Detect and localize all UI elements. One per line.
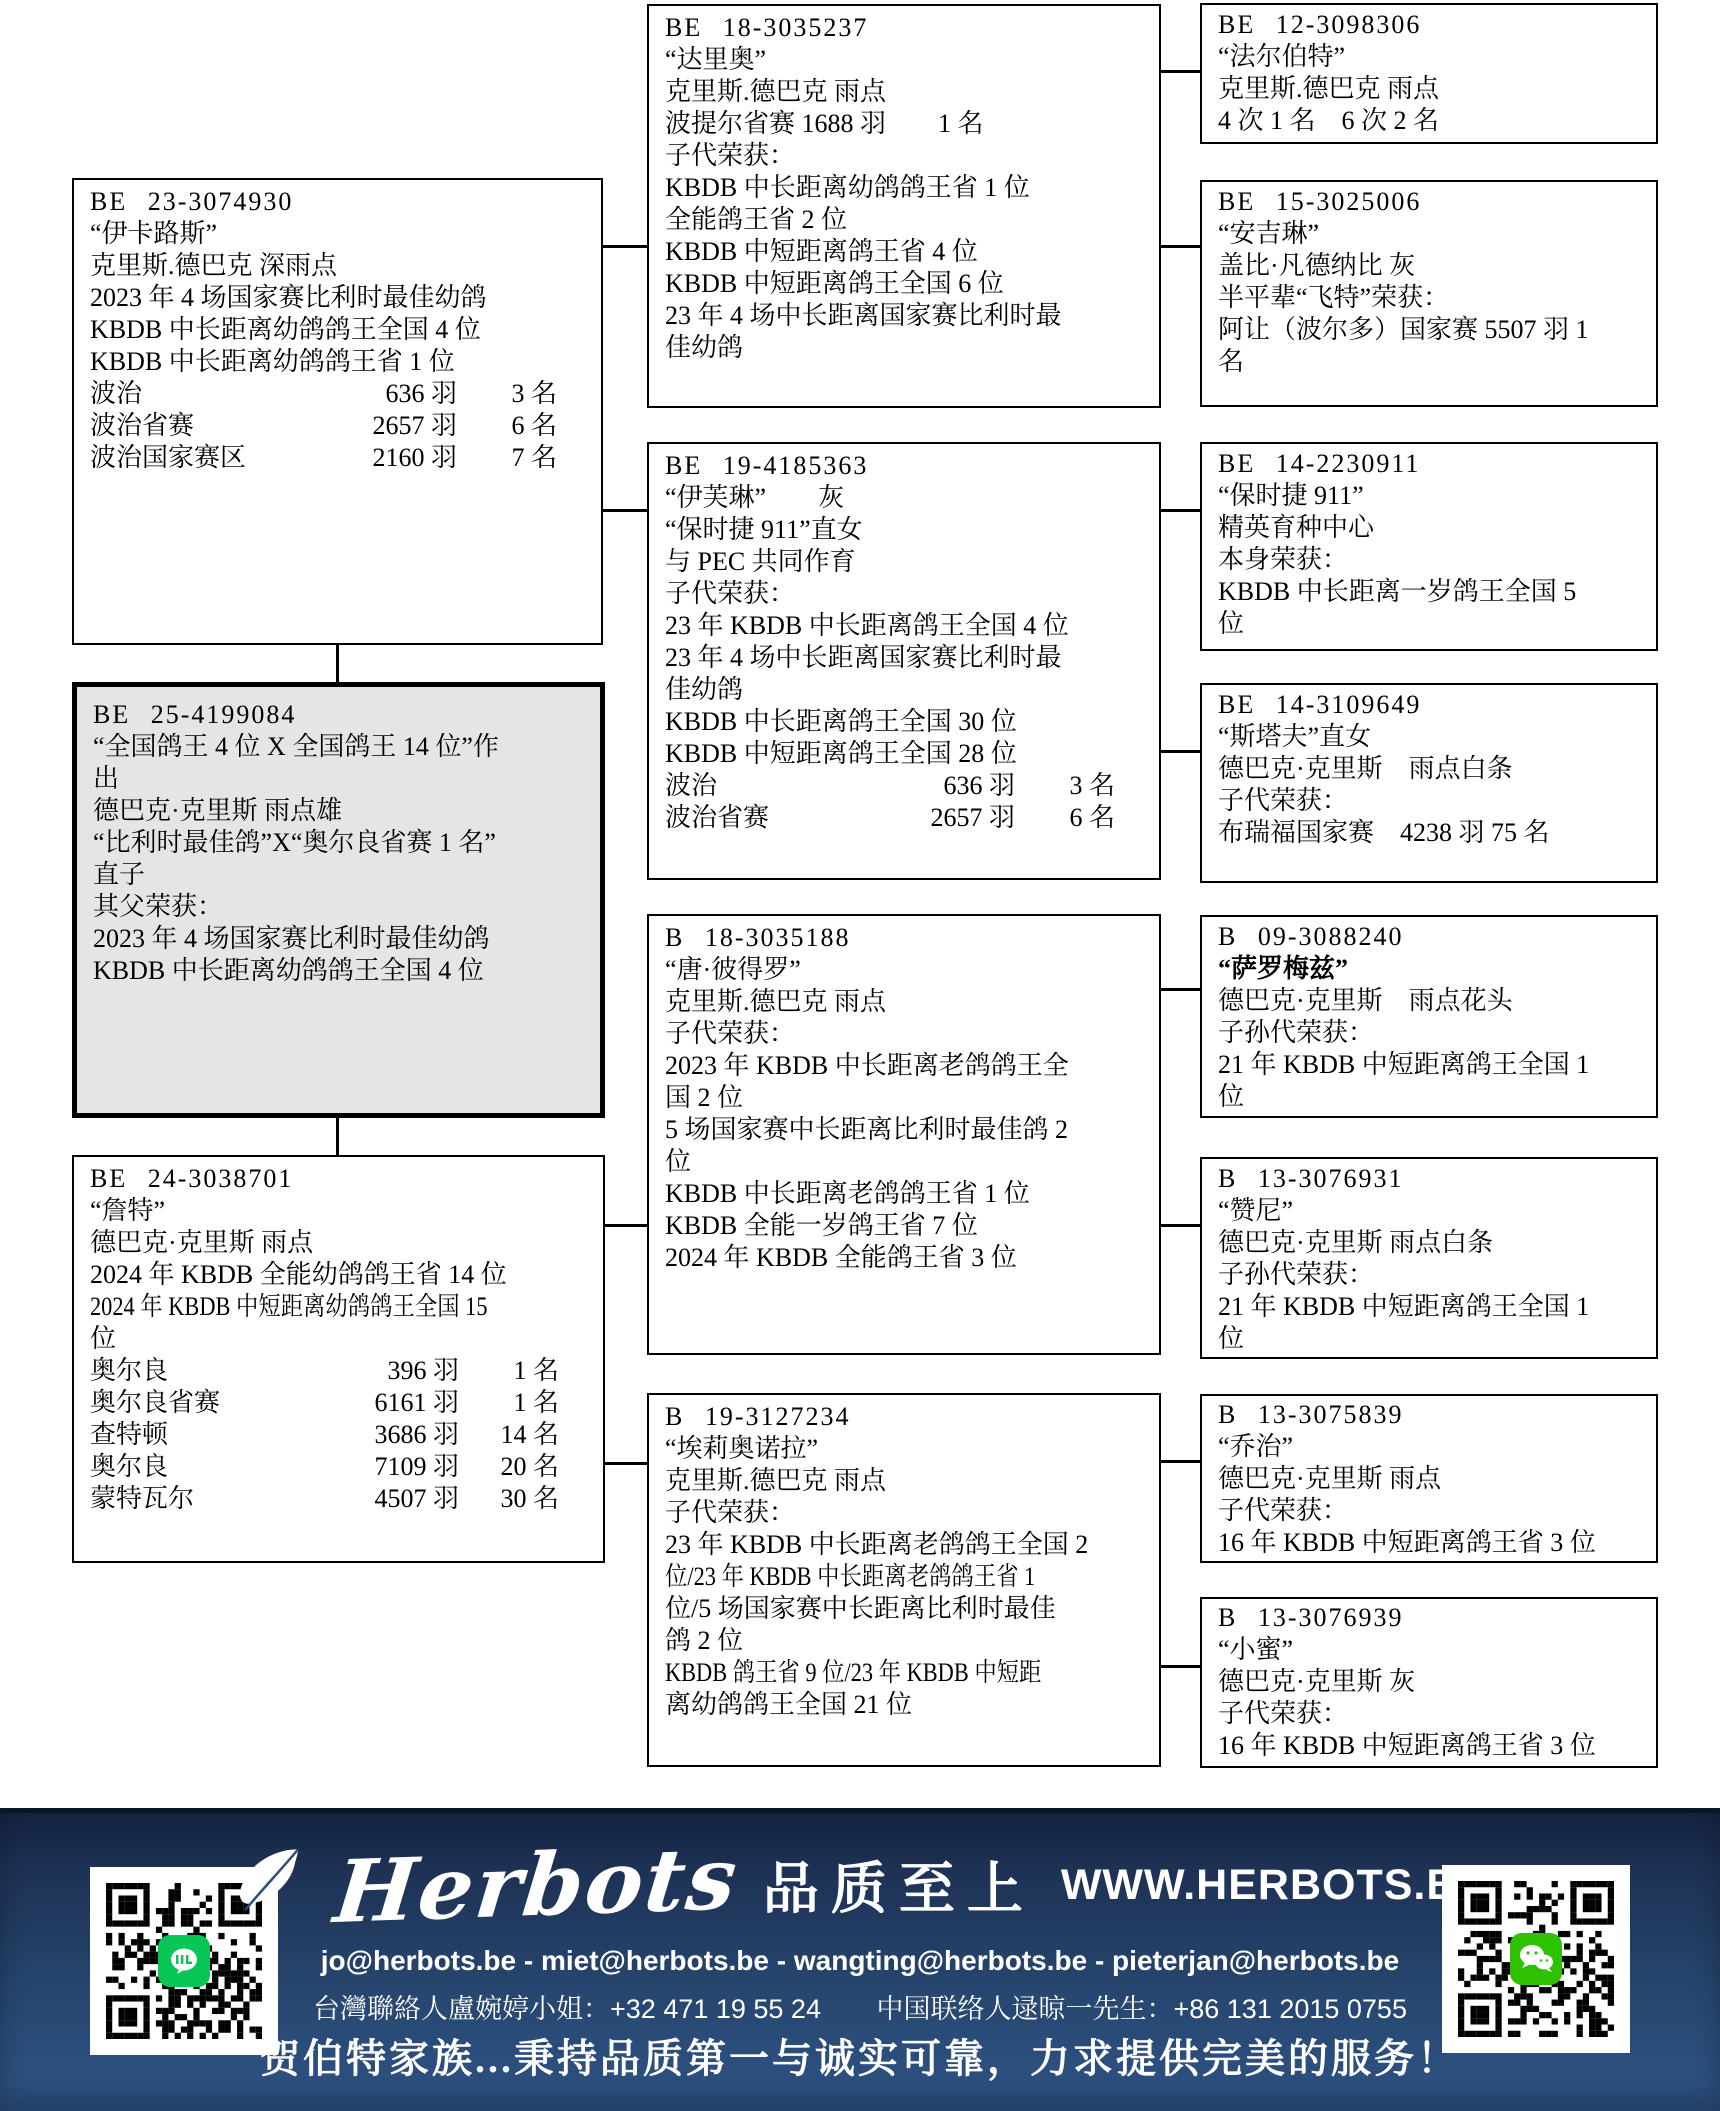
pedigree-line: 23 年 KBDB 中长距离鸽王全国 4 位 xyxy=(665,610,1149,642)
race-name: 蒙特瓦尔 xyxy=(90,1483,194,1515)
brand-row: Herbots 品质至上 WWW.HERBOTS.BE xyxy=(290,1833,1430,1937)
ring-number: B 18-3035188 xyxy=(665,922,1149,954)
race-name: 奥尔良 xyxy=(90,1355,168,1387)
pedigree-line: 离幼鸽鸽王全国 21 位 xyxy=(665,1689,1149,1721)
wechat-icon xyxy=(1510,1933,1562,1985)
pedigree-line: 直子 xyxy=(93,859,590,891)
pedigree-line: “比利时最佳鸽”X“奥尔良省赛 1 名” xyxy=(93,827,590,859)
ring-number: BE 18-3035237 xyxy=(665,12,1149,44)
pedigree-line: “埃莉奥诺拉” xyxy=(665,1433,1149,1465)
china-contact: 中国联络人逯晾一先生：+86 131 2015 0755 xyxy=(876,1994,1406,2024)
footer-banner: Herbots 品质至上 WWW.HERBOTS.BE jo@herbots.b… xyxy=(0,1808,1720,2111)
connector-line xyxy=(601,509,647,512)
pedigree-box-ggp2: BE 15-3025006 “安吉琳” 盖比·凡德纳比 灰 半平辈“飞特”荣获：… xyxy=(1200,180,1658,407)
pedigree-line: “安吉琳” xyxy=(1218,218,1646,250)
connector-line xyxy=(1159,988,1200,991)
pedigree-line: 名 xyxy=(1218,346,1646,378)
pedigree-line: KBDB 中长距离幼鸽鸽王全国 4 位 xyxy=(93,955,590,987)
pedigree-line: 21 年 KBDB 中短距离鸽王全国 1 xyxy=(1218,1049,1646,1081)
pedigree-line: 位 xyxy=(1218,1081,1646,1113)
ring-number: BE 14-3109649 xyxy=(1218,689,1646,721)
connector-line xyxy=(603,1462,647,1465)
pedigree-line: 德巴克·克里斯 雨点白条 xyxy=(1218,753,1646,785)
pedigree-box-ggp5: B 09-3088240 “萨罗梅兹” 德巴克·克里斯 雨点花头 子孙代荣获： … xyxy=(1200,915,1658,1118)
pedigree-line: 布瑞福国家赛 4238 羽 75 名 xyxy=(1218,817,1646,849)
pedigree-box-ggp4: BE 14-3109649 “斯塔夫”直女 德巴克·克里斯 雨点白条 子代荣获：… xyxy=(1200,683,1658,883)
pedigree-box-dam: BE 24-3038701 “詹特” 德巴克·克里斯 雨点 2024 年 KBD… xyxy=(72,1155,605,1563)
pedigree-line: 16 年 KBDB 中短距离鸽王省 3 位 xyxy=(1218,1730,1646,1762)
pedigree-line: “保时捷 911” xyxy=(1218,480,1646,512)
ring-number: B 19-3127234 xyxy=(665,1401,1149,1433)
race-name: 波治 xyxy=(90,378,142,410)
pedigree-line: 子代荣获： xyxy=(1218,1495,1646,1527)
race-result-row: 波治国家赛区 2160 羽 7 名 xyxy=(90,442,591,474)
pedigree-line: “全国鸽王 4 位 X 全国鸽王 14 位”作 xyxy=(93,731,590,763)
pedigree-line: 子代荣获： xyxy=(665,1497,1149,1529)
pedigree-line: 子代荣获： xyxy=(1218,1698,1646,1730)
race-rank: 3 名 xyxy=(457,378,557,410)
pedigree-box-gp3: B 18-3035188 “唐·彼得罗” 克里斯.德巴克 雨点 子代荣获： 20… xyxy=(647,914,1161,1355)
connector-line xyxy=(336,645,339,684)
pedigree-line: 德巴克·克里斯 灰 xyxy=(1218,1666,1646,1698)
connector-line xyxy=(1159,509,1200,512)
pedigree-line: 克里斯.德巴克 雨点 xyxy=(665,76,1149,108)
pedigree-line: “伊芙琳” 灰 xyxy=(665,482,1149,514)
pedigree-line: KBDB 中长距离鸽王全国 30 位 xyxy=(665,706,1149,738)
pedigree-line: 2023 年 KBDB 中长距离老鸽鸽王全 xyxy=(665,1050,1149,1082)
connector-line xyxy=(603,1224,647,1227)
pedigree-box-ggp3: BE 14-2230911 “保时捷 911” 精英育种中心 本身荣获： KBD… xyxy=(1200,442,1658,651)
race-name: 奥尔良省赛 xyxy=(90,1387,220,1419)
race-result-row: 奥尔良 7109 羽 20 名 xyxy=(90,1451,593,1483)
pedigree-line: KBDB 中短距离鸽王全国 28 位 xyxy=(665,738,1149,770)
pedigree-line: “法尔伯特” xyxy=(1218,41,1646,73)
race-name: 波治省赛 xyxy=(90,410,194,442)
connector-line xyxy=(1159,1460,1200,1463)
pedigree-line: 克里斯.德巴克 雨点 xyxy=(665,1465,1149,1497)
pedigree-line: 子代荣获： xyxy=(1218,785,1646,817)
pedigree-line: 国 2 位 xyxy=(665,1082,1149,1114)
race-birds: 2160 羽 xyxy=(307,442,457,474)
brand-tagline: 品质至上 xyxy=(763,1845,1035,1925)
pedigree-line: 2024 年 KBDB 中短距离幼鸽鸽王全国 15 xyxy=(90,1291,523,1323)
connector-line xyxy=(1159,1665,1200,1668)
pedigree-line: “保时捷 911”直女 xyxy=(665,514,1149,546)
race-rank: 7 名 xyxy=(457,442,557,474)
pedigree-line: KBDB 中长距离幼鸽鸽王全国 4 位 xyxy=(90,314,591,346)
race-birds: 2657 羽 xyxy=(307,410,457,442)
pedigree-box-gp1: BE 18-3035237 “达里奥” 克里斯.德巴克 雨点 波提尔省赛 168… xyxy=(647,4,1161,408)
race-result-row: 奥尔良省赛 6161 羽 1 名 xyxy=(90,1387,593,1419)
pedigree-line: “达里奥” xyxy=(665,44,1149,76)
pedigree-box-gp4: B 19-3127234 “埃莉奥诺拉” 克里斯.德巴克 雨点 子代荣获： 23… xyxy=(647,1393,1161,1767)
pedigree-line: KBDB 中长距离一岁鸽王全国 5 xyxy=(1218,576,1646,608)
pedigree-line: 位 xyxy=(1218,1323,1646,1355)
ring-number: BE 24-3038701 xyxy=(90,1163,593,1195)
pedigree-line: “唐·彼得罗” xyxy=(665,954,1149,986)
pedigree-box-subject: BE 25-4199084 “全国鸽王 4 位 X 全国鸽王 14 位”作 出 … xyxy=(72,682,605,1118)
pedigree-line: 盖比·凡德纳比 灰 xyxy=(1218,250,1646,282)
race-birds: 7109 羽 xyxy=(309,1451,459,1483)
pedigree-line: 与 PEC 共同作育 xyxy=(665,546,1149,578)
pedigree-line: “萨罗梅兹” xyxy=(1218,953,1646,985)
pedigree-box-ggp7: B 13-3075839 “乔治” 德巴克·克里斯 雨点 子代荣获： 16 年 … xyxy=(1200,1394,1658,1563)
race-name: 奥尔良 xyxy=(90,1451,168,1483)
pedigree-line: 子代荣获： xyxy=(665,140,1149,172)
pedigree-line: KBDB 中长距离幼鸽鸽王省 1 位 xyxy=(90,346,591,378)
connector-line xyxy=(1159,1224,1200,1227)
pedigree-line: 子代荣获： xyxy=(665,1018,1149,1050)
wechat-qr-code xyxy=(1442,1865,1630,2053)
ring-number: B 13-3075839 xyxy=(1218,1399,1646,1431)
connector-line xyxy=(336,1116,339,1157)
ring-number: B 09-3088240 xyxy=(1218,921,1646,953)
pedigree-line: 2024 年 KBDB 全能鸽王省 3 位 xyxy=(665,1242,1149,1274)
pedigree-line: 位 xyxy=(90,1323,593,1355)
race-rank: 1 名 xyxy=(459,1387,559,1419)
race-rank: 30 名 xyxy=(459,1483,559,1515)
pedigree-line: 其父荣获： xyxy=(93,891,590,923)
ring-number: B 13-3076939 xyxy=(1218,1602,1646,1634)
pedigree-line: 佳幼鸽 xyxy=(665,332,1149,364)
race-birds: 636 羽 xyxy=(307,378,457,410)
pedigree-page: BE 23-3074930 “伊卡路斯” 克里斯.德巴克 深雨点 2023 年 … xyxy=(0,0,1720,2111)
race-result-row: 波治省赛 2657 羽 6 名 xyxy=(90,410,591,442)
herbots-logo: Herbots xyxy=(330,1828,743,1943)
pedigree-line: 23 年 4 场中长距离国家赛比利时最 xyxy=(665,642,1149,674)
feather-icon xyxy=(225,1842,317,1928)
race-name: 查特顿 xyxy=(90,1419,168,1451)
race-name: 波治 xyxy=(665,770,717,802)
pedigree-line: 克里斯.德巴克 深雨点 xyxy=(90,250,591,282)
pedigree-line: KBDB 中短距离鸽王省 4 位 xyxy=(665,236,1149,268)
pedigree-line: “伊卡路斯” xyxy=(90,218,591,250)
pedigree-line: 克里斯.德巴克 雨点 xyxy=(1218,73,1646,105)
pedigree-line: “乔治” xyxy=(1218,1431,1646,1463)
race-result-row: 波治省赛 2657 羽 6 名 xyxy=(665,802,1149,834)
race-rank: 1 名 xyxy=(459,1355,559,1387)
connector-line xyxy=(1159,245,1200,248)
pedigree-line: 精英育种中心 xyxy=(1218,512,1646,544)
pedigree-line: 16 年 KBDB 中短距离鸽王省 3 位 xyxy=(1218,1527,1646,1559)
pedigree-line: 德巴克·克里斯 雨点白条 xyxy=(1218,1227,1646,1259)
ring-number: BE 15-3025006 xyxy=(1218,186,1646,218)
pedigree-line: 德巴克·克里斯 雨点花头 xyxy=(1218,985,1646,1017)
pedigree-line: 佳幼鸽 xyxy=(665,674,1149,706)
taiwan-contact: 台灣聯絡人盧婉婷小姐：+32 471 19 55 24 xyxy=(313,1994,821,2024)
pedigree-box-ggp6: B 13-3076931 “赞尼” 德巴克·克里斯 雨点白条 子孙代荣获： 21… xyxy=(1200,1157,1658,1359)
pedigree-line: 4 次 1 名 6 次 2 名 xyxy=(1218,105,1646,137)
pedigree-line: 位/5 场国家赛中长距离比利时最佳 xyxy=(665,1593,1149,1625)
pedigree-line: 23 年 4 场中长距离国家赛比利时最 xyxy=(665,300,1149,332)
race-result-row: 波治 636 羽 3 名 xyxy=(90,378,591,410)
connector-line xyxy=(601,245,647,248)
race-rank: 20 名 xyxy=(459,1451,559,1483)
pedigree-line: 子孙代荣获： xyxy=(1218,1017,1646,1049)
pedigree-box-sire: BE 23-3074930 “伊卡路斯” 克里斯.德巴克 深雨点 2023 年 … xyxy=(72,178,603,645)
ring-number: BE 12-3098306 xyxy=(1218,9,1646,41)
pedigree-line: KBDB 中长距离幼鸽鸽王省 1 位 xyxy=(665,172,1149,204)
race-result-row: 查特顿 3686 羽 14 名 xyxy=(90,1419,593,1451)
pedigree-line: 德巴克·克里斯 雨点 xyxy=(90,1227,593,1259)
pedigree-line: 23 年 KBDB 中长距离老鸽鸽王全国 2 xyxy=(665,1529,1149,1561)
pedigree-box-ggp8: B 13-3076939 “小蜜” 德巴克·克里斯 灰 子代荣获： 16 年 K… xyxy=(1200,1597,1658,1768)
pedigree-line: 位 xyxy=(1218,608,1646,640)
race-birds: 396 羽 xyxy=(309,1355,459,1387)
race-birds: 4507 羽 xyxy=(309,1483,459,1515)
ring-number: B 13-3076931 xyxy=(1218,1163,1646,1195)
ring-number: BE 14-2230911 xyxy=(1218,448,1646,480)
pedigree-line: 全能鸽王省 2 位 xyxy=(665,204,1149,236)
ring-number: BE 25-4199084 xyxy=(93,699,590,731)
race-name: 波治省赛 xyxy=(665,802,769,834)
pedigree-line: 2023 年 4 场国家赛比利时最佳幼鸽 xyxy=(93,923,590,955)
pedigree-line: “斯塔夫”直女 xyxy=(1218,721,1646,753)
pedigree-line: 阿让（波尔多）国家赛 5507 羽 1 xyxy=(1218,314,1646,346)
pedigree-line: KBDB 鸽王省 9 位/23 年 KBDB 中短距 xyxy=(665,1657,1081,1689)
race-rank: 3 名 xyxy=(1015,770,1115,802)
pedigree-line: 德巴克·克里斯 雨点雄 xyxy=(93,795,590,827)
pedigree-line: 半平辈“飞特”荣获： xyxy=(1218,282,1646,314)
pedigree-box-ggp1: BE 12-3098306 “法尔伯特” 克里斯.德巴克 雨点 4 次 1 名 … xyxy=(1200,3,1658,144)
pedigree-line: 德巴克·克里斯 雨点 xyxy=(1218,1463,1646,1495)
pedigree-line: 21 年 KBDB 中短距离鸽王全国 1 xyxy=(1218,1291,1646,1323)
pedigree-line: 2024 年 KBDB 全能幼鸽鸽王省 14 位 xyxy=(90,1259,593,1291)
race-rank: 6 名 xyxy=(1015,802,1115,834)
pedigree-line: KBDB 中长距离老鸽鸽王省 1 位 xyxy=(665,1178,1149,1210)
pedigree-line: “赞尼” xyxy=(1218,1195,1646,1227)
race-rank: 14 名 xyxy=(459,1419,559,1451)
connector-line xyxy=(1159,750,1200,753)
pedigree-line: 克里斯.德巴克 雨点 xyxy=(665,986,1149,1018)
pedigree-line: 鸽 2 位 xyxy=(665,1625,1149,1657)
race-birds: 3686 羽 xyxy=(309,1419,459,1451)
pedigree-box-gp2: BE 19-4185363 “伊芙琳” 灰 “保时捷 911”直女 与 PEC … xyxy=(647,442,1161,880)
pedigree-line: 位 xyxy=(665,1146,1149,1178)
pedigree-line: 5 场国家赛中长距离比利时最佳鸽 2 xyxy=(665,1114,1149,1146)
pedigree-line: 子孙代荣获： xyxy=(1218,1259,1646,1291)
pedigree-line: 位/23 年 KBDB 中长距离老鸽鸽王省 1 xyxy=(665,1561,1081,1593)
ring-number: BE 23-3074930 xyxy=(90,186,591,218)
pedigree-line: KBDB 中短距离鸽王全国 6 位 xyxy=(665,268,1149,300)
race-result-row: 波治 636 羽 3 名 xyxy=(665,770,1149,802)
ring-number: BE 19-4185363 xyxy=(665,450,1149,482)
race-result-row: 蒙特瓦尔 4507 羽 30 名 xyxy=(90,1483,593,1515)
pedigree-line: 波提尔省赛 1688 羽 1 名 xyxy=(665,108,1149,140)
race-name: 波治国家赛区 xyxy=(90,442,246,474)
pedigree-line: “詹特” xyxy=(90,1195,593,1227)
pedigree-line: 2023 年 4 场国家赛比利时最佳幼鸽 xyxy=(90,282,591,314)
race-birds: 636 羽 xyxy=(865,770,1015,802)
race-rank: 6 名 xyxy=(457,410,557,442)
pedigree-line: KBDB 全能一岁鸽王省 7 位 xyxy=(665,1210,1149,1242)
connector-line xyxy=(1159,70,1200,73)
pedigree-line: “小蜜” xyxy=(1218,1634,1646,1666)
pedigree-line: 子代荣获： xyxy=(665,578,1149,610)
pedigree-line: 出 xyxy=(93,763,590,795)
race-birds: 6161 羽 xyxy=(309,1387,459,1419)
website-url: WWW.HERBOTS.BE xyxy=(1061,1861,1488,1910)
pedigree-line: 本身荣获： xyxy=(1218,544,1646,576)
race-birds: 2657 羽 xyxy=(865,802,1015,834)
race-result-row: 奥尔良 396 羽 1 名 xyxy=(90,1355,593,1387)
